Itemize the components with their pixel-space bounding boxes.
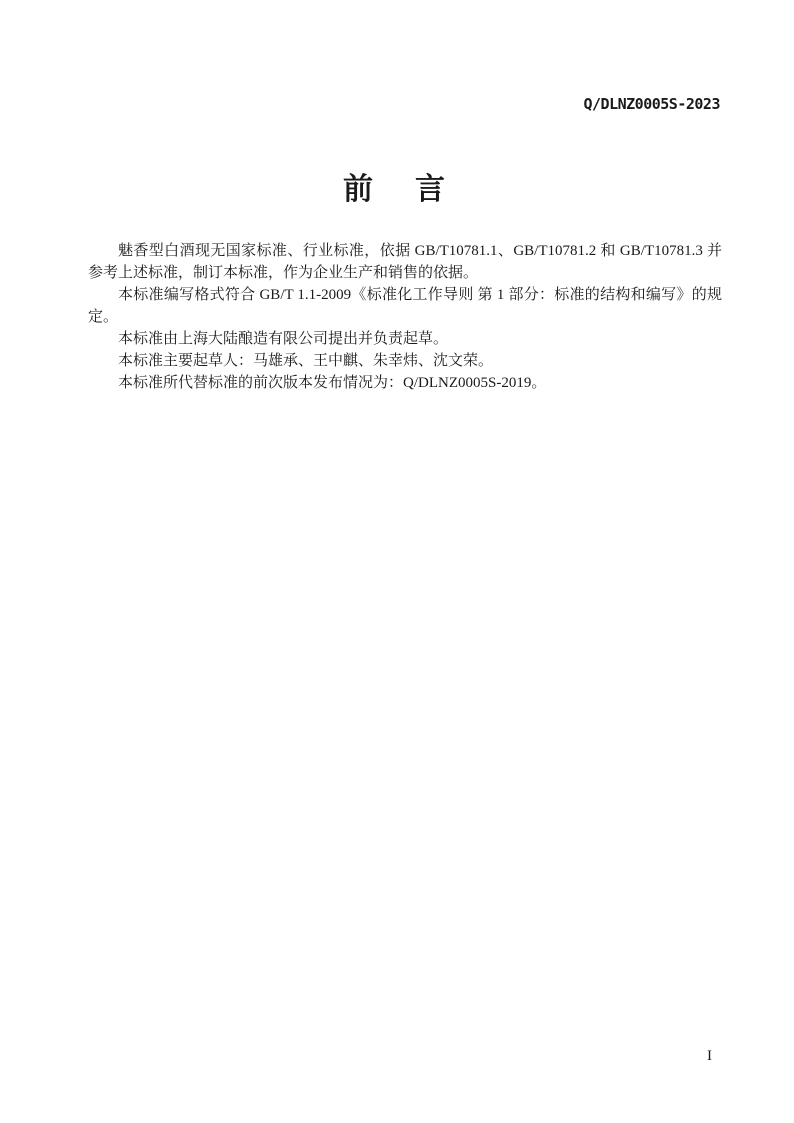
foreword-paragraph-1: 魅香型白酒现无国家标准、行业标准，依据 GB/T10781.1、GB/T1078… [88, 240, 722, 284]
document-page: Q/DLNZ0005S-2023 前 言 魅香型白酒现无国家标准、行业标准，依据… [0, 0, 794, 1123]
page-title: 前 言 [0, 164, 794, 208]
foreword-paragraph-4: 本标准主要起草人：马雄承、王中麒、朱幸炜、沈文荣。 [88, 350, 722, 372]
page-number: I [707, 1048, 712, 1065]
foreword-paragraph-2: 本标准编写格式符合 GB/T 1.1-2009《标准化工作导则 第 1 部分：标… [88, 284, 722, 328]
foreword-body: 魅香型白酒现无国家标准、行业标准，依据 GB/T10781.1、GB/T1078… [88, 240, 722, 394]
foreword-paragraph-3: 本标准由上海大陆酿造有限公司提出并负责起草。 [88, 328, 722, 350]
foreword-paragraph-5: 本标准所代替标准的前次版本发布情况为：Q/DLNZ0005S-2019。 [88, 372, 722, 394]
standard-number-header: Q/DLNZ0005S-2023 [584, 95, 721, 113]
